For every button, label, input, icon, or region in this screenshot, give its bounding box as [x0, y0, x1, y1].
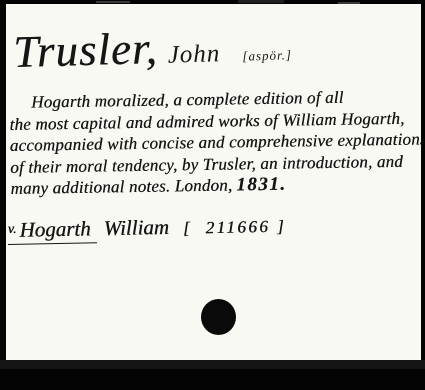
catalog-card: Trusler,John[aspör.] Hogarth moralized, …	[6, 4, 421, 360]
scan-artifact	[338, 2, 360, 4]
heading-annotation: [aspör.]	[242, 47, 292, 63]
scanned-catalog-card-page: Trusler,John[aspör.] Hogarth moralized, …	[0, 0, 425, 390]
cross-reference-line: v.HogarthWilliam[ 211666 ]	[8, 213, 287, 243]
cross-reference-underlined: v.Hogarth	[8, 216, 97, 245]
catalog-number: [ 211666 ]	[183, 217, 287, 238]
heading-line: Trusler,John[aspör.]	[13, 18, 293, 78]
author-surname: Trusler,	[13, 23, 159, 77]
scan-artifact	[238, 0, 284, 3]
catalog-entry-paragraph: Hogarth moralized, a complete edition of…	[9, 85, 421, 199]
punch-hole	[201, 299, 236, 335]
see-abbreviation: v.	[8, 222, 17, 237]
publication-year: 1831.	[236, 174, 287, 196]
author-given-name: John	[167, 40, 220, 68]
scan-artifact	[96, 1, 130, 3]
scan-edge-bottom	[0, 360, 425, 369]
entry-line-last-text: many additional notes. London,	[10, 176, 232, 198]
referenced-given-name: William	[103, 215, 169, 240]
referenced-surname: Hogarth	[19, 216, 91, 241]
